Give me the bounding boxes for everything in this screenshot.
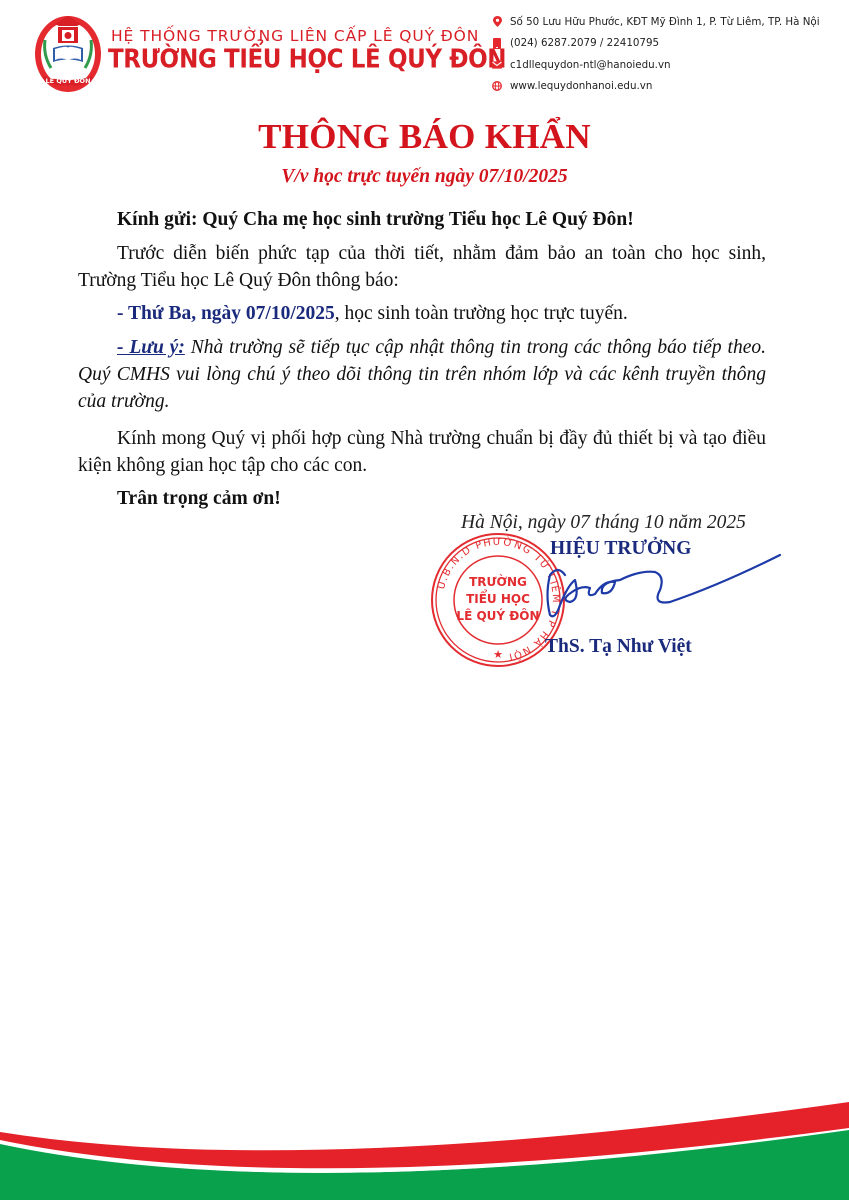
announcement-item: - Thứ Ba, ngày 07/10/2025, học sinh toàn… [78,300,766,327]
intro-paragraph: Trước diễn biến phức tạp của thời tiết, … [78,240,766,294]
location-pin-icon [492,17,502,27]
signer-name: ThS. Tạ Như Việt [545,636,692,658]
school-logo-icon: LÊ QUÝ ĐÔN [33,10,103,95]
school-system-name: HỆ THỐNG TRƯỜNG LIÊN CẤP LÊ QUÝ ĐÔN [111,27,479,45]
school-name: TRƯỜNG TIỂU HỌC LÊ QUÝ ĐÔN [108,45,506,74]
greeting: Kính gửi: Quý Cha mẹ học sinh trường Tiể… [78,206,766,233]
request-paragraph: Kính mong Quý vị phối hợp cùng Nhà trườn… [78,425,766,479]
note-paragraph: - Lưu ý: Nhà trường sẽ tiếp tục cập nhật… [78,334,766,415]
phone-icon [492,38,502,48]
email-icon [492,60,502,70]
place-date: Hà Nội, ngày 07 tháng 10 năm 2025 [461,512,746,534]
notice-title: THÔNG BÁO KHẨN [0,117,849,157]
globe-icon [492,81,502,91]
note-label: - Lưu ý: [117,337,185,358]
svg-text:TRƯỜNG: TRƯỜNG [469,574,527,589]
thanks-line: Trân trọng cảm ơn! [78,485,766,512]
contact-website[interactable]: www.lequydonhanoi.edu.vn [492,76,820,98]
svg-text:LÊ QUÝ ĐÔN: LÊ QUÝ ĐÔN [45,76,90,85]
letterhead: LÊ QUÝ ĐÔN HỆ THỐNG TRƯỜNG LIÊN CẤP LÊ Q… [0,0,849,100]
contact-email[interactable]: c1dllequydon-ntl@hanoiedu.vn [492,54,820,76]
contact-address: Số 50 Lưu Hữu Phước, KĐT Mỹ Đình 1, P. T… [492,11,820,33]
contact-info: Số 50 Lưu Hữu Phước, KĐT Mỹ Đình 1, P. T… [492,11,820,97]
handwritten-signature-icon [520,550,785,620]
footer-wave-decoration [0,1080,849,1200]
announcement-date: - Thứ Ba, ngày 07/10/2025 [117,303,335,324]
notice-subtitle: V/v học trực tuyến ngày 07/10/2025 [0,166,849,188]
svg-text:★: ★ [493,649,503,661]
contact-phone: (024) 6287.2079 / 22410795 [492,33,820,55]
announcement-text: , học sinh toàn trường học trực tuyến. [335,303,628,324]
